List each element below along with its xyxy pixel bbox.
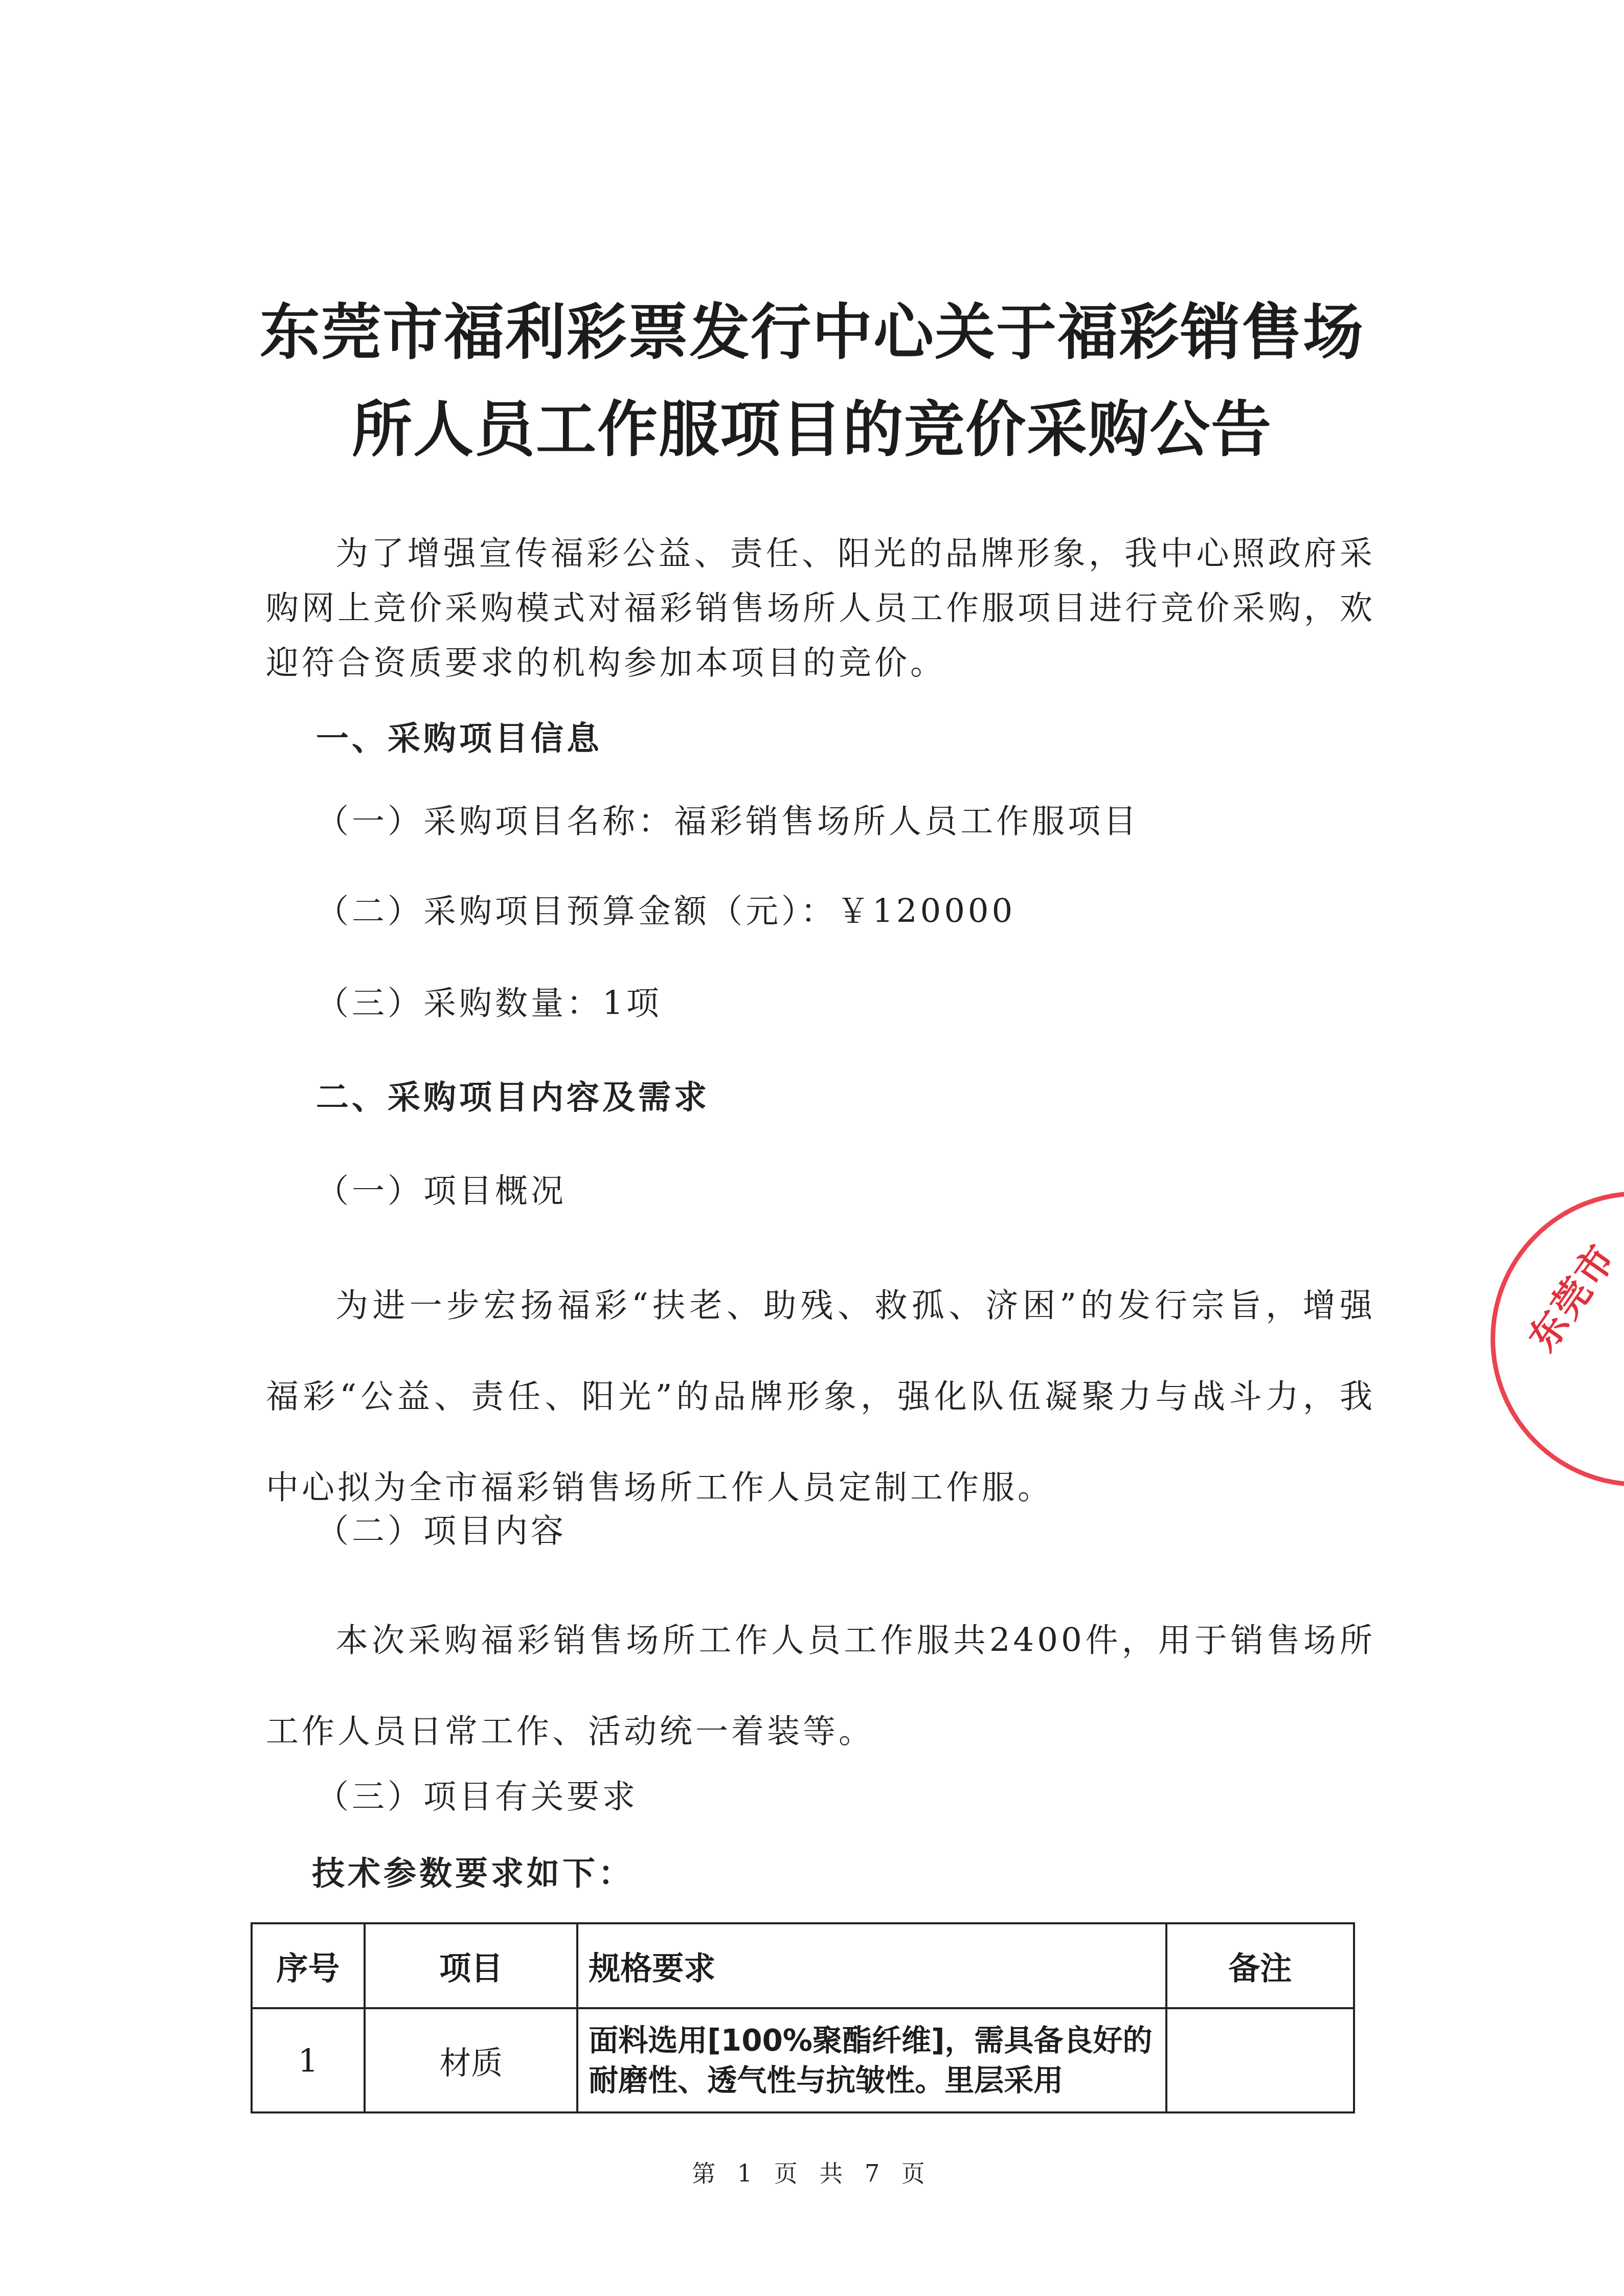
- sub1-paragraph: 为进一步宏扬福彩“扶老、助残、救孤、济困”的发行宗旨，增强福彩“公益、责任、阳光…: [266, 1260, 1375, 1533]
- document-title: 东莞市福利彩票发行中心关于福彩销售场 所人员工作服项目的竞价采购公告: [0, 284, 1624, 478]
- page-number-footer: 第 1 页 共 7 页: [0, 2155, 1624, 2189]
- document-page: 东莞市福利彩票发行中心关于福彩销售场 所人员工作服项目的竞价采购公告 为了增强宣…: [0, 0, 1624, 2296]
- section1-item-name: （一）采购项目名称：福彩销售场所人员工作服项目: [316, 799, 1139, 845]
- header-spec: 规格要求: [577, 1923, 1166, 2008]
- title-line-2: 所人员工作服项目的竞价采购公告: [0, 381, 1624, 478]
- header-item: 项目: [365, 1923, 577, 2008]
- cell-item: 材质: [365, 2008, 577, 2112]
- section2-heading: 二、采购项目内容及需求: [316, 1075, 710, 1121]
- header-no: 序号: [252, 1923, 365, 2008]
- tech-params-label: 技术参数要求如下：: [312, 1851, 634, 1897]
- sub2-paragraph: 本次采购福彩销售场所工作人员工作服共2400件，用于销售场所工作人员日常工作、活…: [266, 1595, 1375, 1777]
- table-row: 1 材质 面料选用[100%聚酯纤维]，需具备良好的耐磨性、透气性与抗皱性。里层…: [252, 2008, 1354, 2112]
- section1-item-quantity: （三）采购数量：1项: [316, 981, 662, 1027]
- section1-item-budget: （二）采购项目预算金额（元）：￥120000: [316, 889, 1016, 935]
- cell-note: [1166, 2008, 1354, 2112]
- sub3-heading: （三）项目有关要求: [316, 1774, 638, 1820]
- section1-heading: 一、采购项目信息: [316, 716, 602, 762]
- cell-spec: 面料选用[100%聚酯纤维]，需具备良好的耐磨性、透气性与抗皱性。里层采用: [577, 2008, 1166, 2112]
- table-header-row: 序号 项目 规格要求 备注: [252, 1923, 1354, 2008]
- header-note: 备注: [1166, 1923, 1354, 2008]
- intro-paragraph: 为了增强宣传福彩公益、责任、阳光的品牌形象，我中心照政府采购网上竞价采购模式对福…: [266, 527, 1375, 691]
- cell-no: 1: [252, 2008, 365, 2112]
- tech-params-table: 序号 项目 规格要求 备注 1 材质 面料选用[100%聚酯纤维]，需具备良好的…: [251, 1922, 1355, 2113]
- sub1-heading: （一）项目概况: [316, 1168, 567, 1214]
- sub2-heading: （二）项目内容: [316, 1508, 567, 1554]
- title-line-1: 东莞市福利彩票发行中心关于福彩销售场: [0, 284, 1624, 381]
